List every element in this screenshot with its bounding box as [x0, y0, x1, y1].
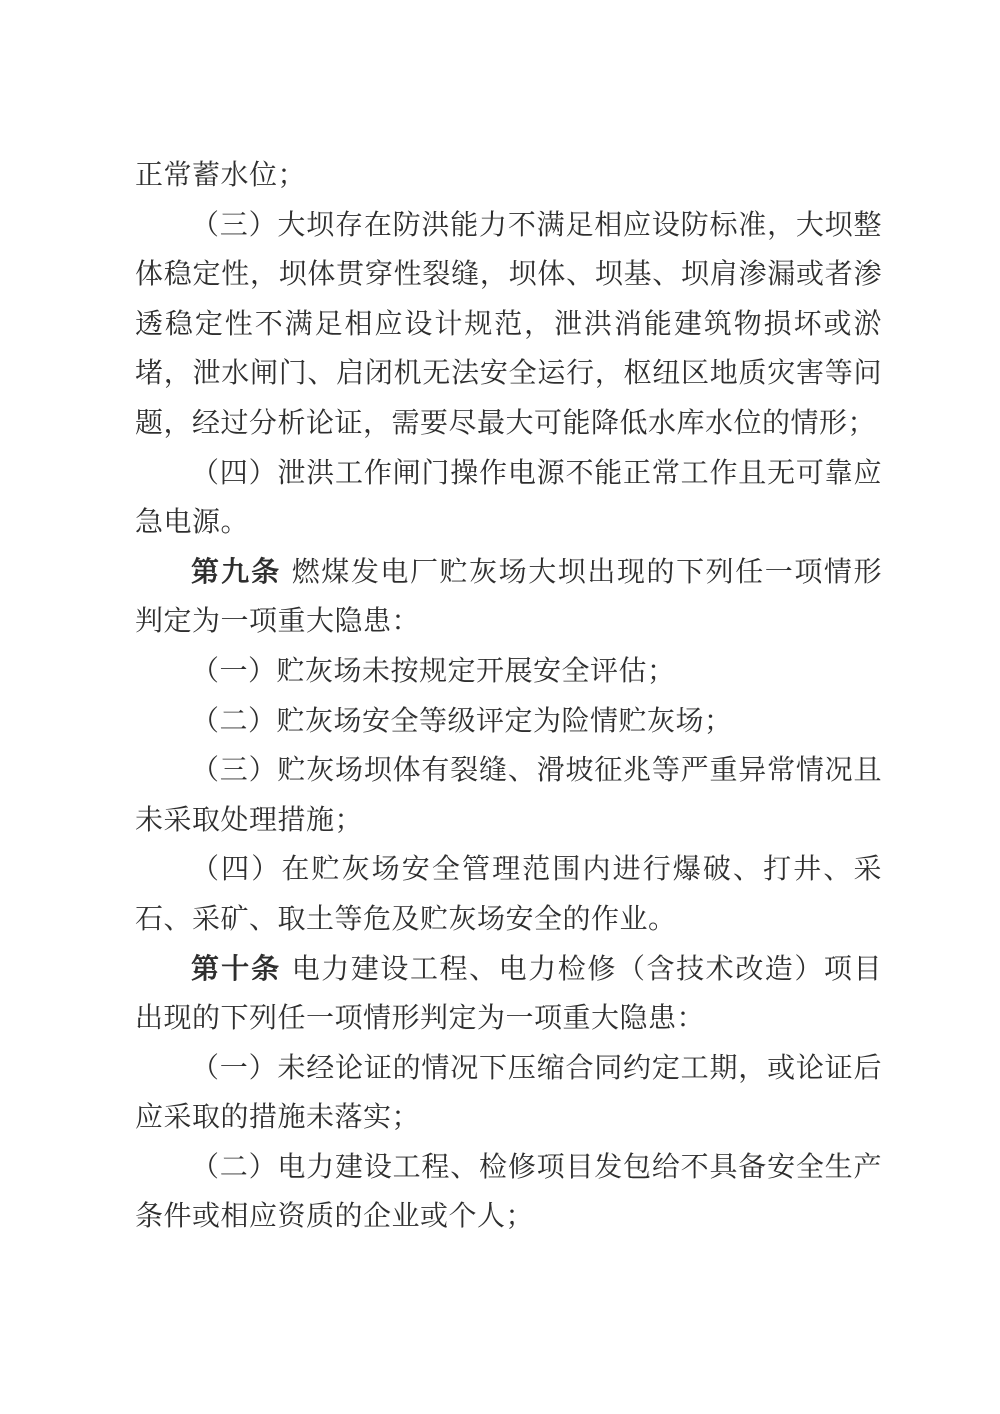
paragraph: （一）贮灰场未按规定开展安全评估；	[135, 646, 882, 696]
paragraph: （一）未经论证的情况下压缩合同约定工期，或论证后应采取的措施未落实；	[135, 1043, 882, 1142]
paragraph: 第十条 电力建设工程、电力检修（含技术改造）项目出现的下列任一项情形判定为一项重…	[135, 944, 882, 1043]
article-number: 第九条	[191, 555, 281, 588]
paragraph: 第九条 燃煤发电厂贮灰场大坝出现的下列任一项情形判定为一项重大隐患：	[135, 547, 882, 646]
document-body: 正常蓄水位；（三）大坝存在防洪能力不满足相应设防标准，大坝整体稳定性，坝体贯穿性…	[135, 150, 882, 1241]
paragraph: （三）大坝存在防洪能力不满足相应设防标准，大坝整体稳定性，坝体贯穿性裂缝，坝体、…	[135, 200, 882, 448]
paragraph: （三）贮灰场坝体有裂缝、滑坡征兆等严重异常情况且未采取处理措施；	[135, 745, 882, 844]
article-number: 第十条	[191, 952, 281, 985]
paragraph: （二）电力建设工程、检修项目发包给不具备安全生产条件或相应资质的企业或个人；	[135, 1142, 882, 1241]
paragraph: （四）在贮灰场安全管理范围内进行爆破、打井、采石、采矿、取土等危及贮灰场安全的作…	[135, 844, 882, 943]
paragraph: （四）泄洪工作闸门操作电源不能正常工作且无可靠应急电源。	[135, 448, 882, 547]
document-page: 正常蓄水位；（三）大坝存在防洪能力不满足相应设防标准，大坝整体稳定性，坝体贯穿性…	[0, 0, 1000, 1414]
paragraph: 正常蓄水位；	[135, 150, 882, 200]
paragraph: （二）贮灰场安全等级评定为险情贮灰场；	[135, 696, 882, 746]
